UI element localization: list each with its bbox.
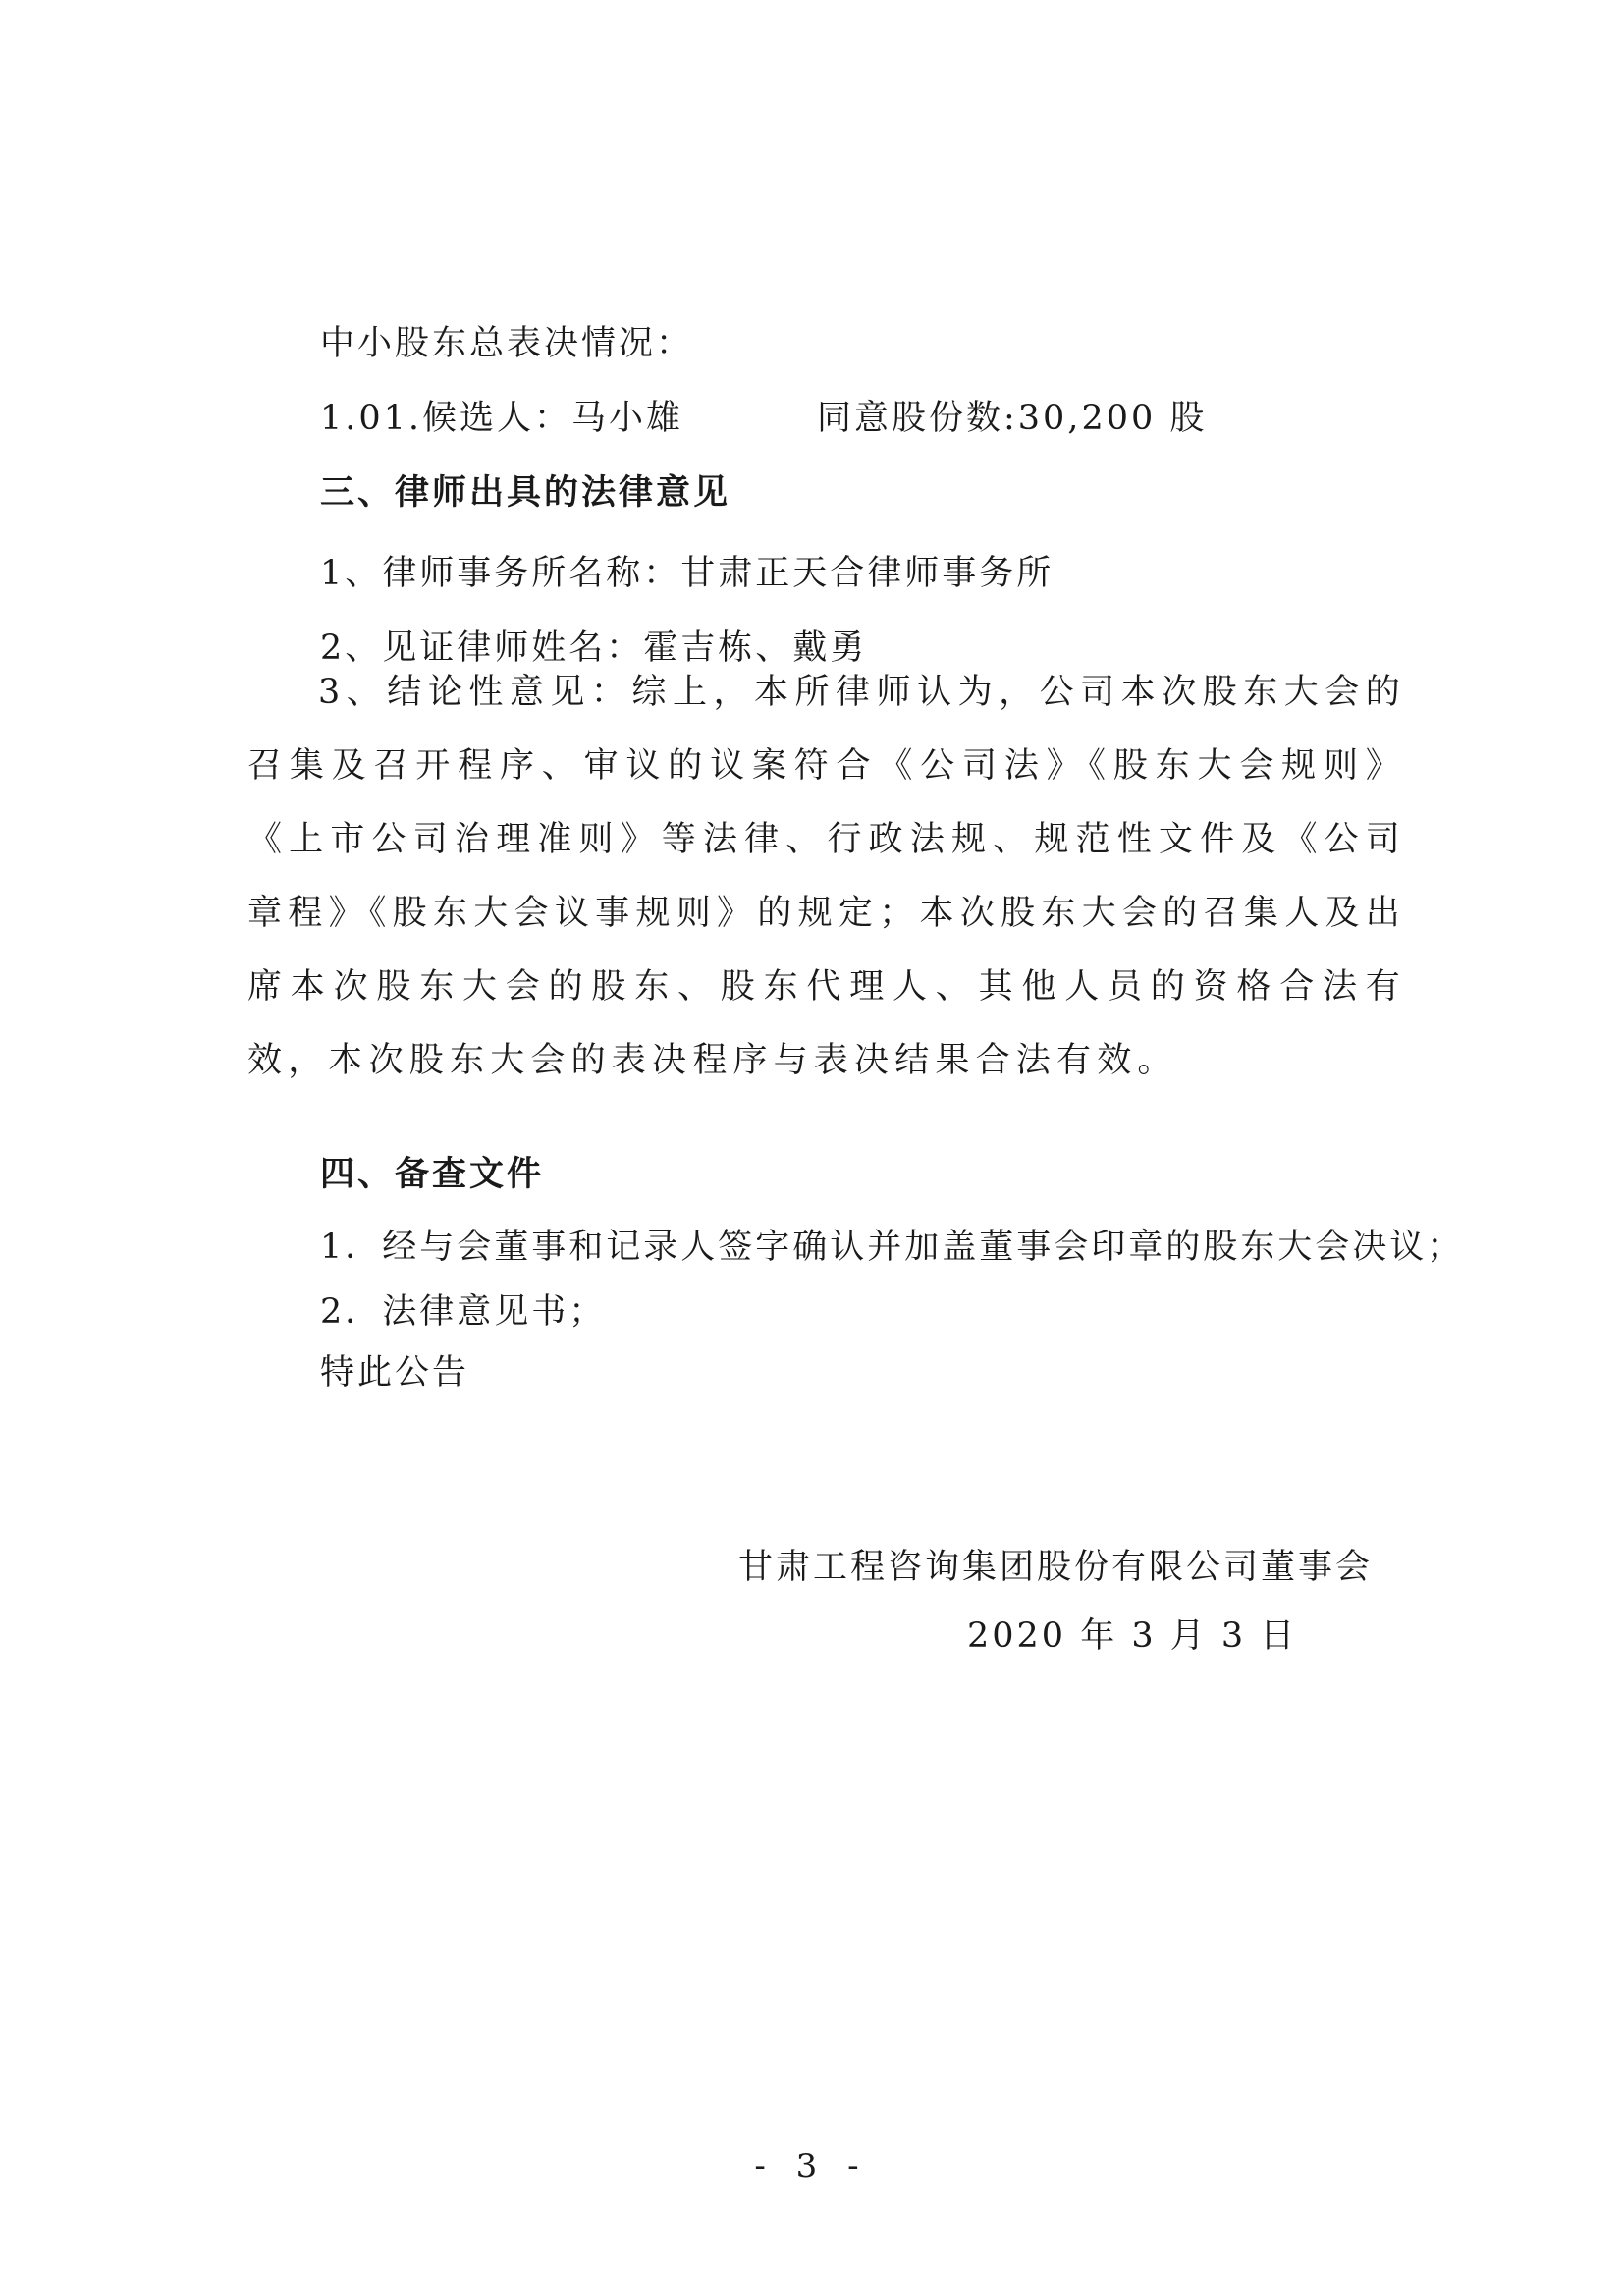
candidate-label: 1.01.候选人：马小雄 — [320, 391, 683, 440]
signature-date: 2020 年 3 月 3 日 — [967, 1609, 1297, 1658]
section3-heading: 三、律师出具的法律意见 — [320, 465, 730, 515]
page-number: - 3 - — [0, 2147, 1623, 2186]
signature-org: 甘肃工程咨询集团股份有限公司董事会 — [738, 1540, 1373, 1589]
conclusion-opinion: 3、结论性意见：综上，本所律师认为，公司本次股东大会的召集及召开程序、审议的议案… — [247, 656, 1406, 1098]
closing-text: 特此公告 — [320, 1345, 469, 1394]
reference-doc-2: 2．法律意见书； — [320, 1285, 606, 1334]
candidate-vote-value: 同意股份数:30,200 股 — [817, 391, 1207, 440]
reference-doc-1: 1．经与会董事和记录人签字确认并加盖董事会印章的股东大会决议； — [320, 1220, 1464, 1269]
section4-heading: 四、备查文件 — [320, 1147, 544, 1196]
minority-vote-title: 中小股东总表决情况： — [320, 316, 693, 365]
law-firm-name: 1、律师事务所名称：甘肃正天合律师事务所 — [320, 546, 1054, 595]
